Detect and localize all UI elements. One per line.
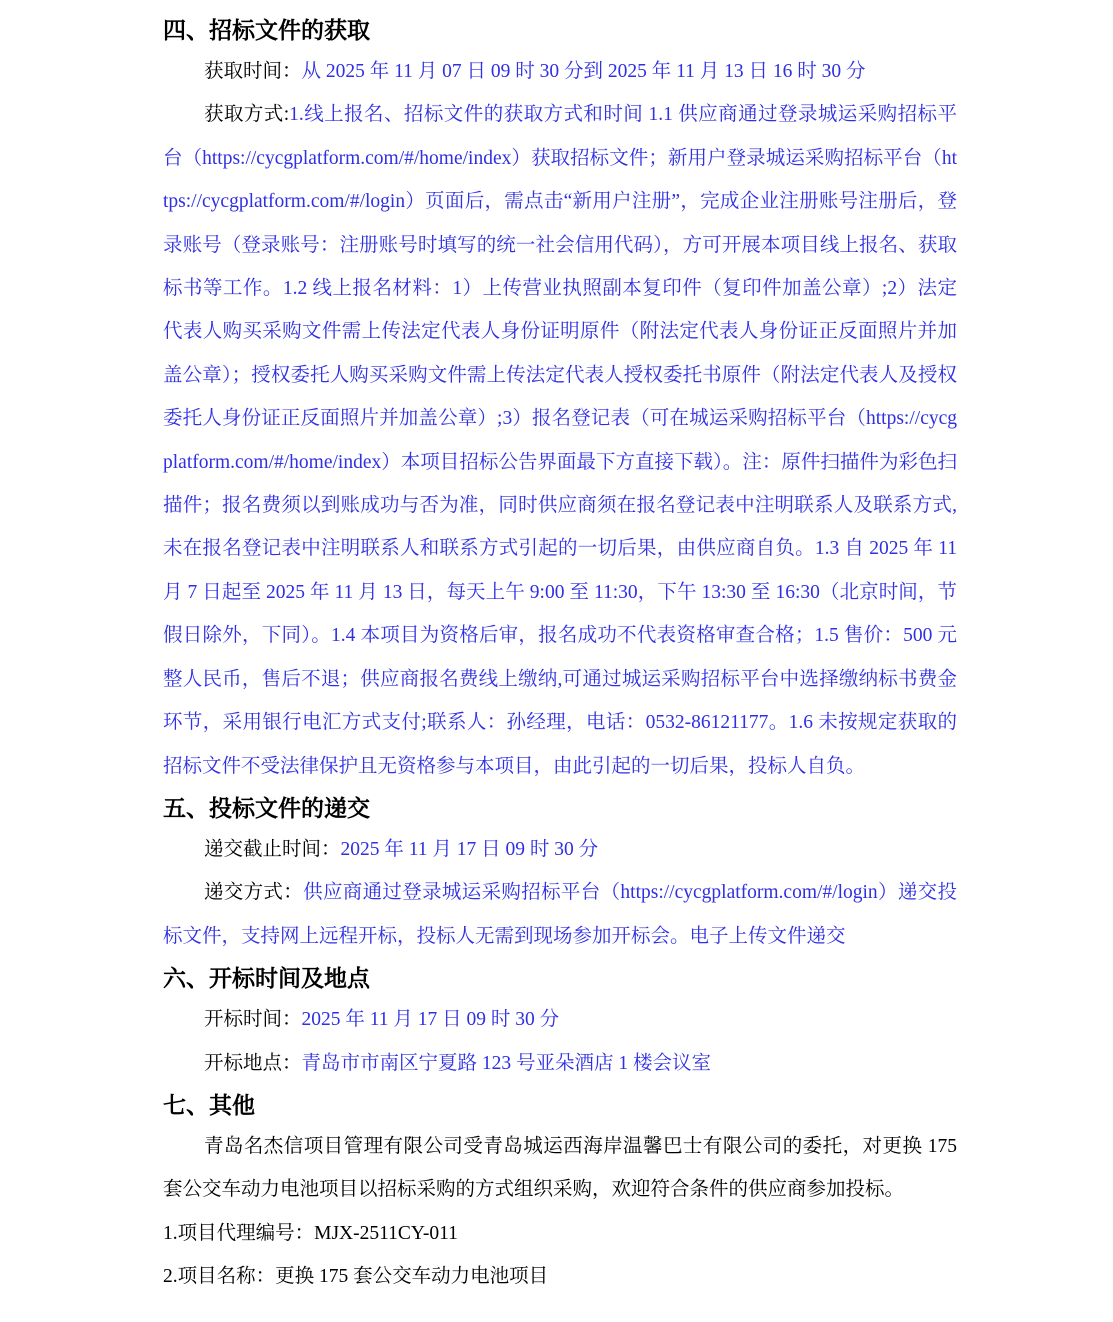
section6-open-place-row: 开标地点：青岛市市南区宁夏路 123 号亚朵酒店 1 楼会议室 — [163, 1042, 957, 1085]
section5-method-row: 递交方式：供应商通过登录城运采购招标平台（https://cycgplatfor… — [163, 871, 957, 958]
project-agency-number: 1.项目代理编号：MJX-2511CY-011 — [163, 1212, 957, 1255]
submit-deadline-label: 递交截止时间： — [204, 839, 341, 860]
section4-obtain-method-row: 获取方式:1.线上报名、招标文件的获取方式和时间 1.1 供应商通过登录城运采购… — [163, 93, 957, 788]
document-page: 四、招标文件的获取 获取时间：从 2025 年 11 月 07 日 09 时 3… — [0, 0, 1113, 1322]
section4-heading: 四、招标文件的获取 — [163, 10, 957, 50]
submit-method-label: 递交方式： — [204, 882, 303, 903]
open-place-value: 青岛市市南区宁夏路 123 号亚朵酒店 1 楼会议室 — [301, 1053, 711, 1074]
project-name: 2.项目名称：更换 175 套公交车动力电池项目 — [163, 1255, 957, 1298]
obtain-method-label: 获取方式: — [204, 104, 289, 125]
section7-heading: 七、其他 — [163, 1085, 957, 1125]
section7-paragraph: 青岛名杰信项目管理有限公司受青岛城运西海岸温馨巴士有限公司的委托，对更换 175… — [163, 1125, 957, 1212]
obtain-time-label: 获取时间： — [204, 61, 302, 82]
submit-deadline-value: 2025 年 11 月 17 日 09 时 30 分 — [340, 839, 598, 860]
section5-deadline-row: 递交截止时间：2025 年 11 月 17 日 09 时 30 分 — [163, 828, 957, 871]
obtain-time-value: 从 2025 年 11 月 07 日 09 时 30 分到 2025 年 11 … — [301, 61, 865, 82]
obtain-method-value: 1.线上报名、招标文件的获取方式和时间 1.1 供应商通过登录城运采购招标平台（… — [163, 104, 957, 776]
section6-open-time-row: 开标时间：2025 年 11 月 17 日 09 时 30 分 — [163, 998, 957, 1041]
section6-heading: 六、开标时间及地点 — [163, 958, 957, 998]
open-place-label: 开标地点： — [204, 1053, 302, 1074]
section4-obtain-time-row: 获取时间：从 2025 年 11 月 07 日 09 时 30 分到 2025 … — [163, 50, 957, 93]
open-time-label: 开标时间： — [204, 1009, 302, 1030]
open-time-value: 2025 年 11 月 17 日 09 时 30 分 — [301, 1009, 559, 1030]
section5-heading: 五、投标文件的递交 — [163, 788, 957, 828]
